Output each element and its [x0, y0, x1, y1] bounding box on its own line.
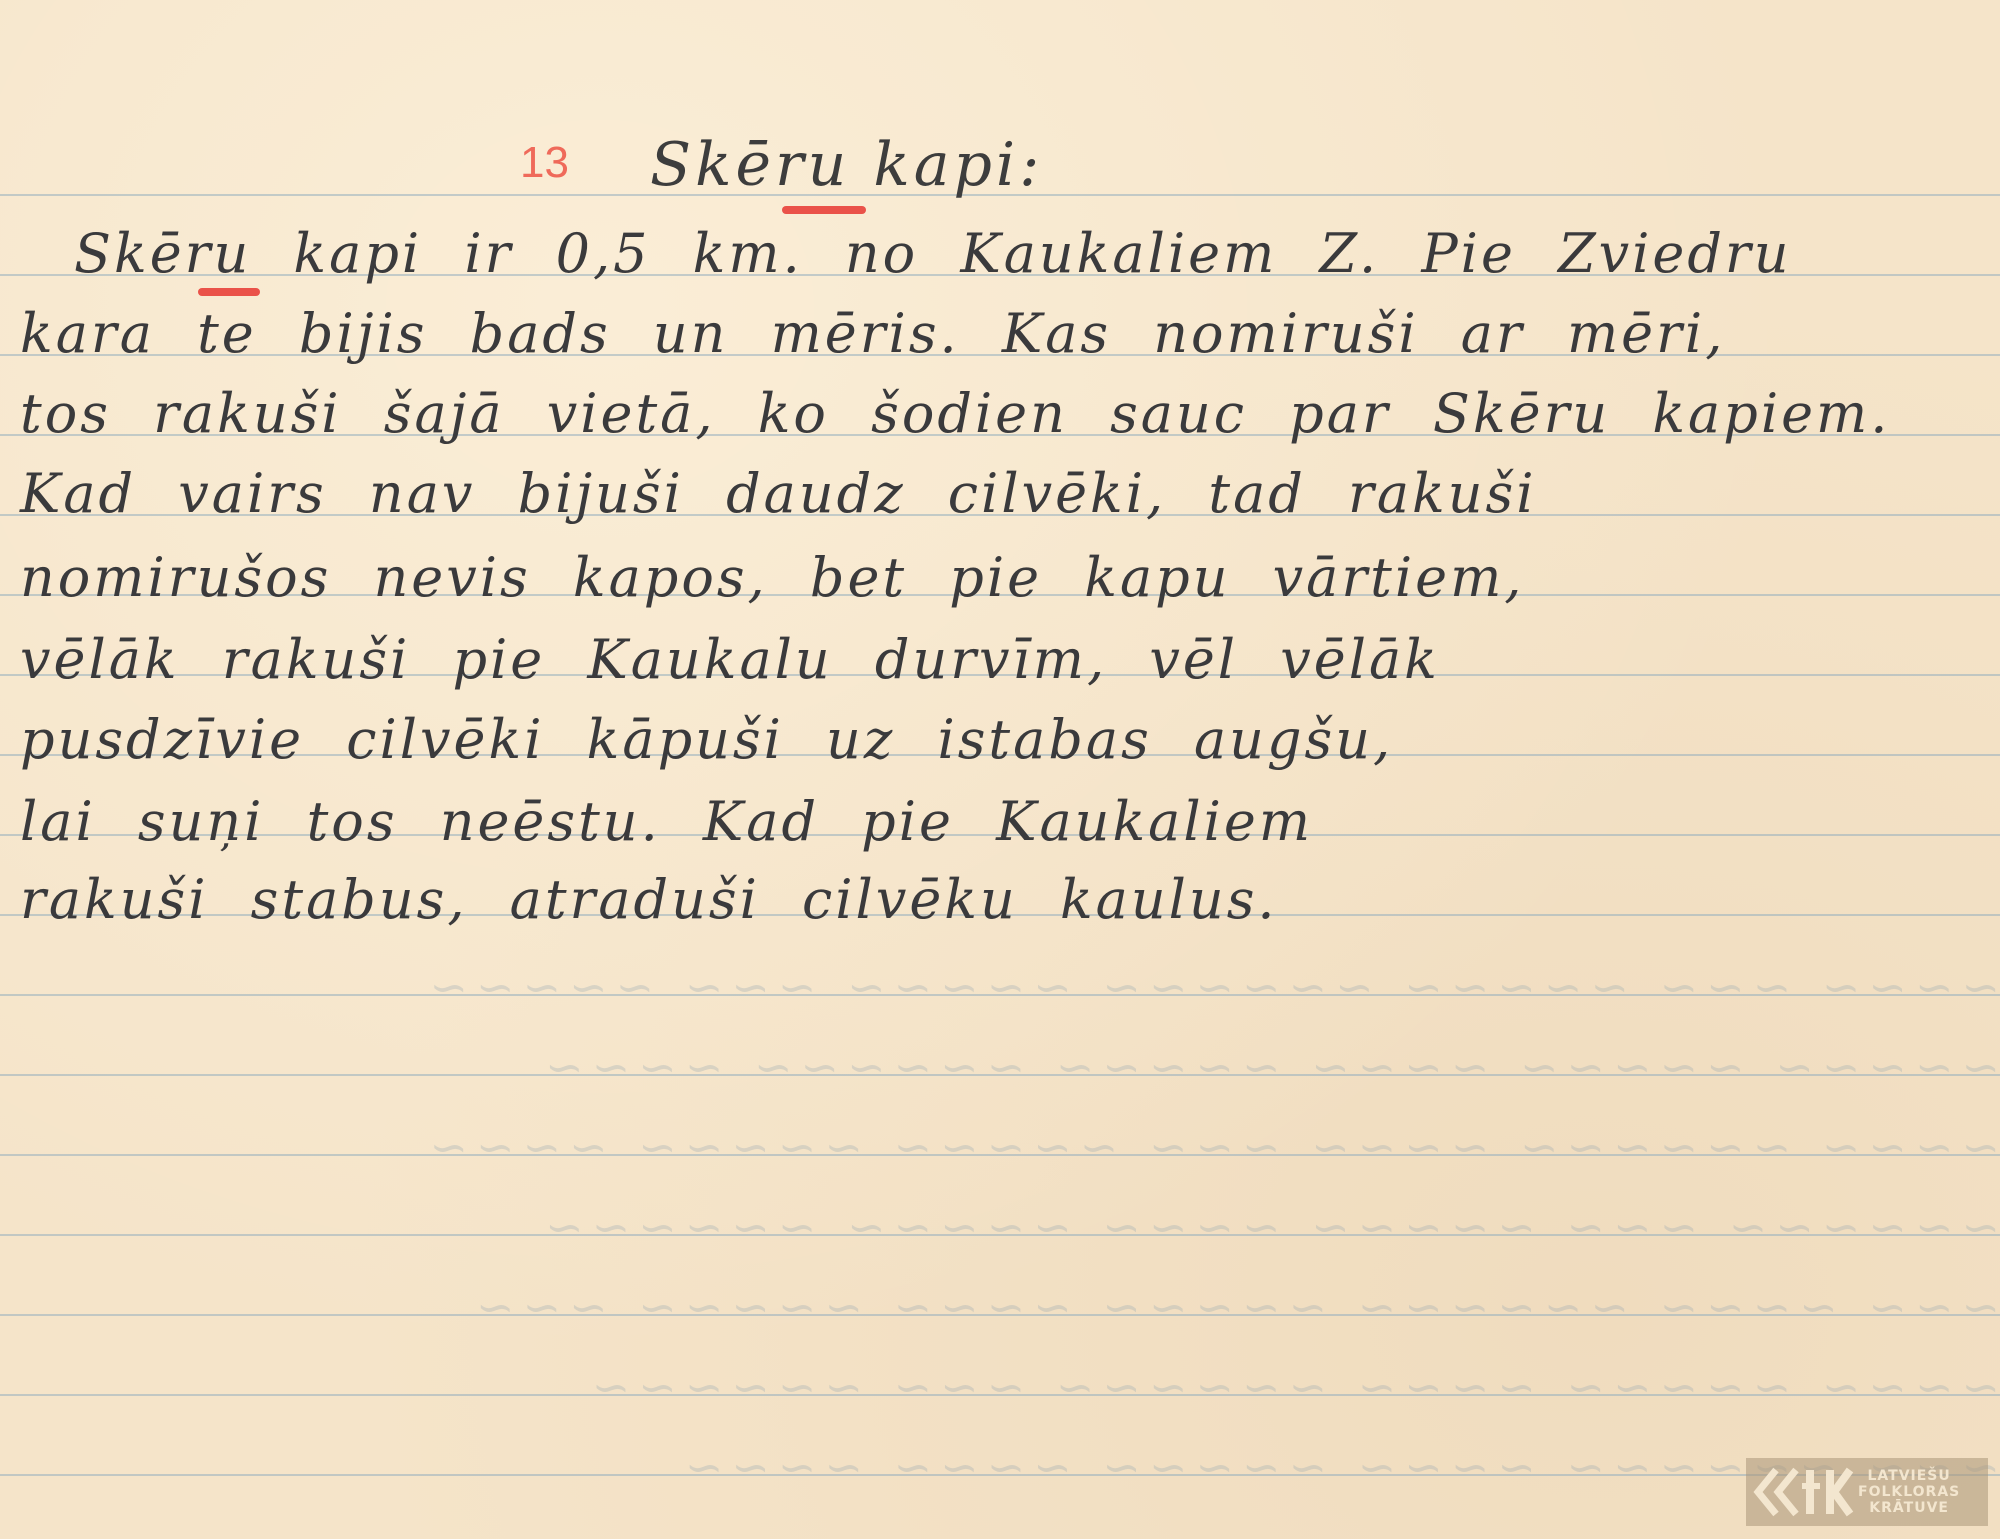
logo-text-line: FOLKLORAS — [1858, 1484, 1960, 1500]
reverse-side-bleed-through: ~~~~ ~~~~~ ~~~~ ~~~~~~ ~~~ ~~~~~~ — [0, 1360, 2000, 1414]
archive-watermark-logo: LATVIEŠU FOLKLORAS KRĀTUVE — [1746, 1458, 1988, 1526]
text-line: Kad vairs nav bijuši daudz cilvēki, tad … — [20, 462, 1537, 525]
reverse-side-bleed-through: ~~~~ ~~~ ~~~~~ ~~~~~~ ~~~~~ ~~~ ~~~~~ — [0, 960, 2000, 1014]
text-line: nomirušos nevis kapos, bet pie kapu vārt… — [20, 546, 1524, 609]
page-title: Skēru kapi: — [650, 130, 1043, 200]
reverse-side-bleed-through: ~~~~~~ ~~~ ~~~~~ ~~~~ ~~~~~ ~~~~~~ — [0, 1200, 2000, 1254]
text-line: kara te bijis bads un mēris. Kas nomiruš… — [20, 302, 1725, 365]
text-line: rakuši stabus, atraduši cilvēku kaulus. — [20, 868, 1278, 931]
ruled-line — [0, 1394, 2000, 1396]
reverse-side-bleed-through: ~~~~~ ~~~~~ ~~~~ ~~~~~ ~~~~~~ ~~~~ — [0, 1040, 2000, 1094]
red-underline-mark — [782, 206, 866, 214]
ruled-line — [0, 994, 2000, 996]
text-line: pusdzīvie cilvēki kāpuši uz istabas augš… — [20, 708, 1393, 771]
ruled-line — [0, 1154, 2000, 1156]
logo-text-line: KRĀTUVE — [1858, 1500, 1960, 1516]
reverse-side-bleed-through: ~~~~ ~~~~~~ ~~~~ ~~~ ~~~~~ ~~~~~ ~~~~ — [0, 1120, 2000, 1174]
ruled-line — [0, 1474, 2000, 1476]
logo-text: LATVIEŠU FOLKLORAS KRĀTUVE — [1858, 1468, 1960, 1516]
text-line: tos rakuši šajā vietā, ko šodien sauc pa… — [20, 382, 1890, 445]
logo-text-line: LATVIEŠU — [1858, 1468, 1960, 1484]
text-line: vēlāk rakuši pie Kaukalu durvīm, vēl vēl… — [20, 628, 1440, 691]
reverse-side-bleed-through: ~~~ ~~~~~~ ~~~~ ~~~~~ ~~~~ ~~~~ — [0, 1440, 2000, 1494]
red-underline-mark — [198, 288, 260, 296]
text-line: lai suņi tos neēstu. Kad pie Kaukaliem — [20, 790, 1313, 853]
text-line: Skēru kapi ir 0,5 km. no Kaukaliem Z. Pi… — [74, 222, 1792, 285]
ruled-line — [0, 1074, 2000, 1076]
ruled-line — [0, 1314, 2000, 1316]
page-number: 13 — [520, 138, 569, 188]
manuscript-page: ~~~~ ~~~ ~~~~~ ~~~~~~ ~~~~~ ~~~ ~~~~~ ~~… — [0, 0, 2000, 1539]
ruled-line — [0, 1234, 2000, 1236]
lfk-chevron-logo-icon — [1746, 1458, 1858, 1526]
reverse-side-bleed-through: ~~~ ~~~~ ~~~~~~ ~~~~~ ~~~~ ~~~~~ ~~~ — [0, 1280, 2000, 1334]
